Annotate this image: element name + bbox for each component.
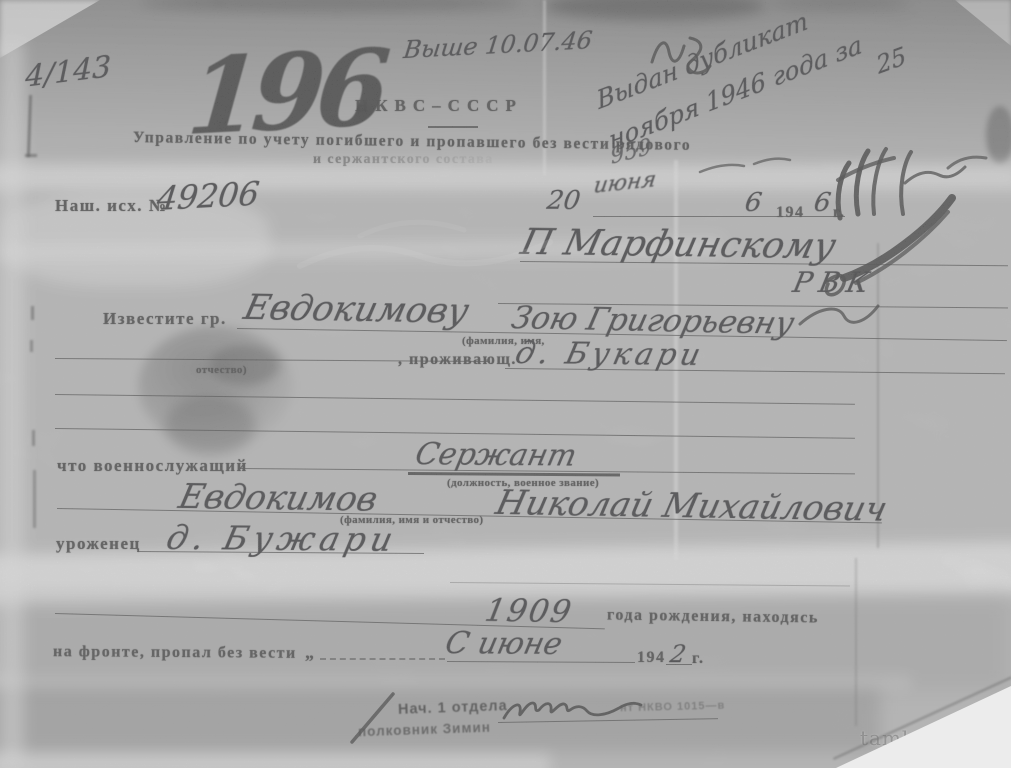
document-scan: НКВС–СССР Управление по учету погибшего … [0,0,1011,768]
corner-ref: 4/143 [25,49,111,95]
addressee-line1: П Марфинскому [517,222,840,267]
scan-smudge [545,0,765,20]
scan-light-band [0,164,1011,190]
form-line [593,216,845,217]
org-underline [428,126,478,128]
residence-value: д. Букари [512,336,708,373]
date-month: июня [592,167,658,199]
date-year-printed: 194 [776,204,805,222]
form-line-dashed [320,658,445,660]
notify-name-hw: Евдокимову [240,288,473,332]
name-value: Николай Михайлович [492,483,891,530]
ref-number: 49206 [155,174,261,218]
ref-label: Наш. исх. № [55,196,167,216]
front-quote: „ [305,642,316,663]
edge-mark [33,470,36,528]
missing-year-printed: 194 [637,649,666,667]
edge-mark [32,430,35,446]
scan-corner-topleft [0,0,100,58]
scan-corner-topright [955,0,1011,46]
missing-year-suffix: г. [692,650,704,668]
ink-stamp-smudge [165,395,255,455]
serviceman-label: что военнослужащий [57,456,248,476]
rank-value: Сержант [412,437,580,474]
edge-mark [25,154,37,157]
dept-line2: и сержантского состава [313,152,494,168]
notify-label: Известите гр. [103,309,227,329]
date-day: 20 [545,186,582,216]
scan-left-margin [0,40,24,768]
top-note: Выше 10.07.46 [402,26,594,64]
edge-mark [27,95,32,157]
birth-year: 1909 [482,593,576,630]
birthplace-value: д. Бужари [163,518,401,559]
scan-shade-footer [0,688,880,752]
scan-dark-top-band [0,0,1011,186]
name-hint-bottom: отчество) [196,364,247,376]
date-year-hw: 6 [812,188,833,218]
diagonal-note-number: 25 [874,42,909,80]
big-registry-number: 196 [183,25,387,159]
scan-bottom-edge [0,754,550,768]
front-label: на фронте, пропал без вести [53,643,297,663]
birth-year-label: года рождения, находясь [607,607,819,628]
residence-label: , проживающ. [398,351,517,369]
date-digit: 6 [743,188,764,218]
scan-smudge [770,0,910,10]
edge-mark [30,340,33,352]
scan-smudge [140,0,520,12]
edge-mark [31,306,34,320]
birthplace-label: уроженец [56,534,141,554]
scan-blotch-right [986,106,1011,164]
scan-fold-line [855,558,857,726]
addressee-line2: РВК [790,266,879,299]
missing-since: С июне [442,626,565,662]
surname-value: Евдокимов [175,477,381,520]
date-year-suffix: г. [833,204,845,222]
